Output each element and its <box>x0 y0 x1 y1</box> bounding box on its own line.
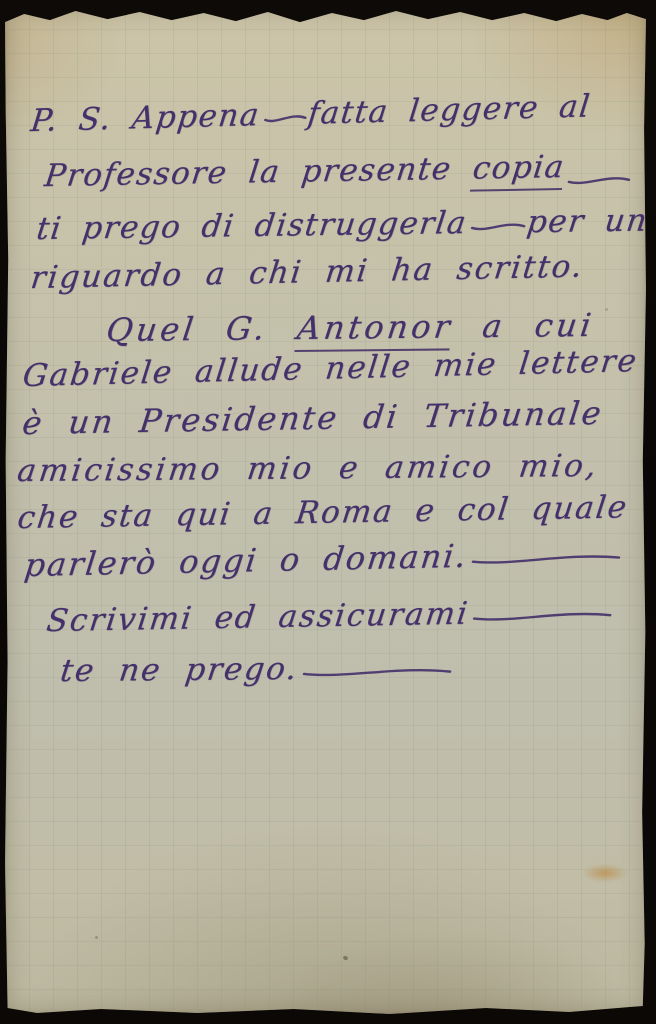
handwritten-line-6: Gabriele allude nelle mie lettere <box>21 343 640 394</box>
handwritten-text: Gabriele allude nelle mie lettere <box>21 343 640 394</box>
handwritten-line-7: è un Presidente di Tribunale <box>20 394 605 442</box>
handwritten-text: per un <box>525 202 650 240</box>
handwritten-text: riguardo a chi mi ha scritto. <box>29 248 586 296</box>
handwritten-line-8: amicissimo mio e amico mio, <box>15 448 601 489</box>
handwritten-text: Scrivimi ed assicurami <box>45 596 471 639</box>
handwritten-line-1: P. S. Appenafatta leggere al <box>29 88 593 139</box>
handwritten-text: a cui <box>451 306 597 346</box>
paper-speck <box>605 308 608 311</box>
underlined-word: copia <box>470 149 567 192</box>
handwritten-line-3: ti prego di distruggerlaper un <box>34 202 650 247</box>
handwritten-text: te ne prego. <box>58 651 300 689</box>
handwritten-text: P. S. Appena <box>29 97 262 139</box>
handwritten-line-12: te ne prego. <box>58 650 454 689</box>
handwritten-text: è un Presidente di Tribunale <box>20 394 605 442</box>
handwritten-text: Quel G. <box>104 309 300 349</box>
pen-flourish-icon <box>566 171 632 190</box>
handwritten-line-2: Professore la presente copia <box>43 148 635 194</box>
pen-flourish-icon <box>470 549 622 570</box>
handwritten-text: fatta leggere al <box>306 88 593 132</box>
underlined-word: Antonor <box>294 307 455 352</box>
handwritten-text: che sta qui a Roma e col quale <box>16 489 631 536</box>
handwritten-line-5: Quel G. Antonor a cui <box>104 306 597 349</box>
handwritten-text: ti prego di distruggerla <box>34 205 469 247</box>
age-stain <box>583 864 627 882</box>
handwritten-text: Professore la presente <box>43 151 476 195</box>
pen-flourish-icon <box>469 217 527 236</box>
pen-flourish-icon <box>301 663 453 682</box>
scan-background: P. S. Appenafatta leggere alProfessore l… <box>0 0 656 1024</box>
letter-paper: P. S. Appenafatta leggere alProfessore l… <box>5 8 646 1014</box>
handwritten-line-4: riguardo a chi mi ha scritto. <box>29 248 586 296</box>
handwritten-line-9: che sta qui a Roma e col quale <box>16 489 631 536</box>
handwriting-block: P. S. Appenafatta leggere alProfessore l… <box>5 8 646 1014</box>
handwritten-text: parlerò oggi o domani. <box>22 537 469 584</box>
handwritten-line-11: Scrivimi ed assicurami <box>45 593 615 639</box>
handwritten-line-10: parlerò oggi o domani. <box>22 533 623 584</box>
pen-flourish-icon <box>262 109 308 128</box>
paper-speck <box>95 936 98 939</box>
pen-flourish-icon <box>471 606 613 626</box>
handwritten-text: amicissimo mio e amico mio, <box>15 448 601 489</box>
